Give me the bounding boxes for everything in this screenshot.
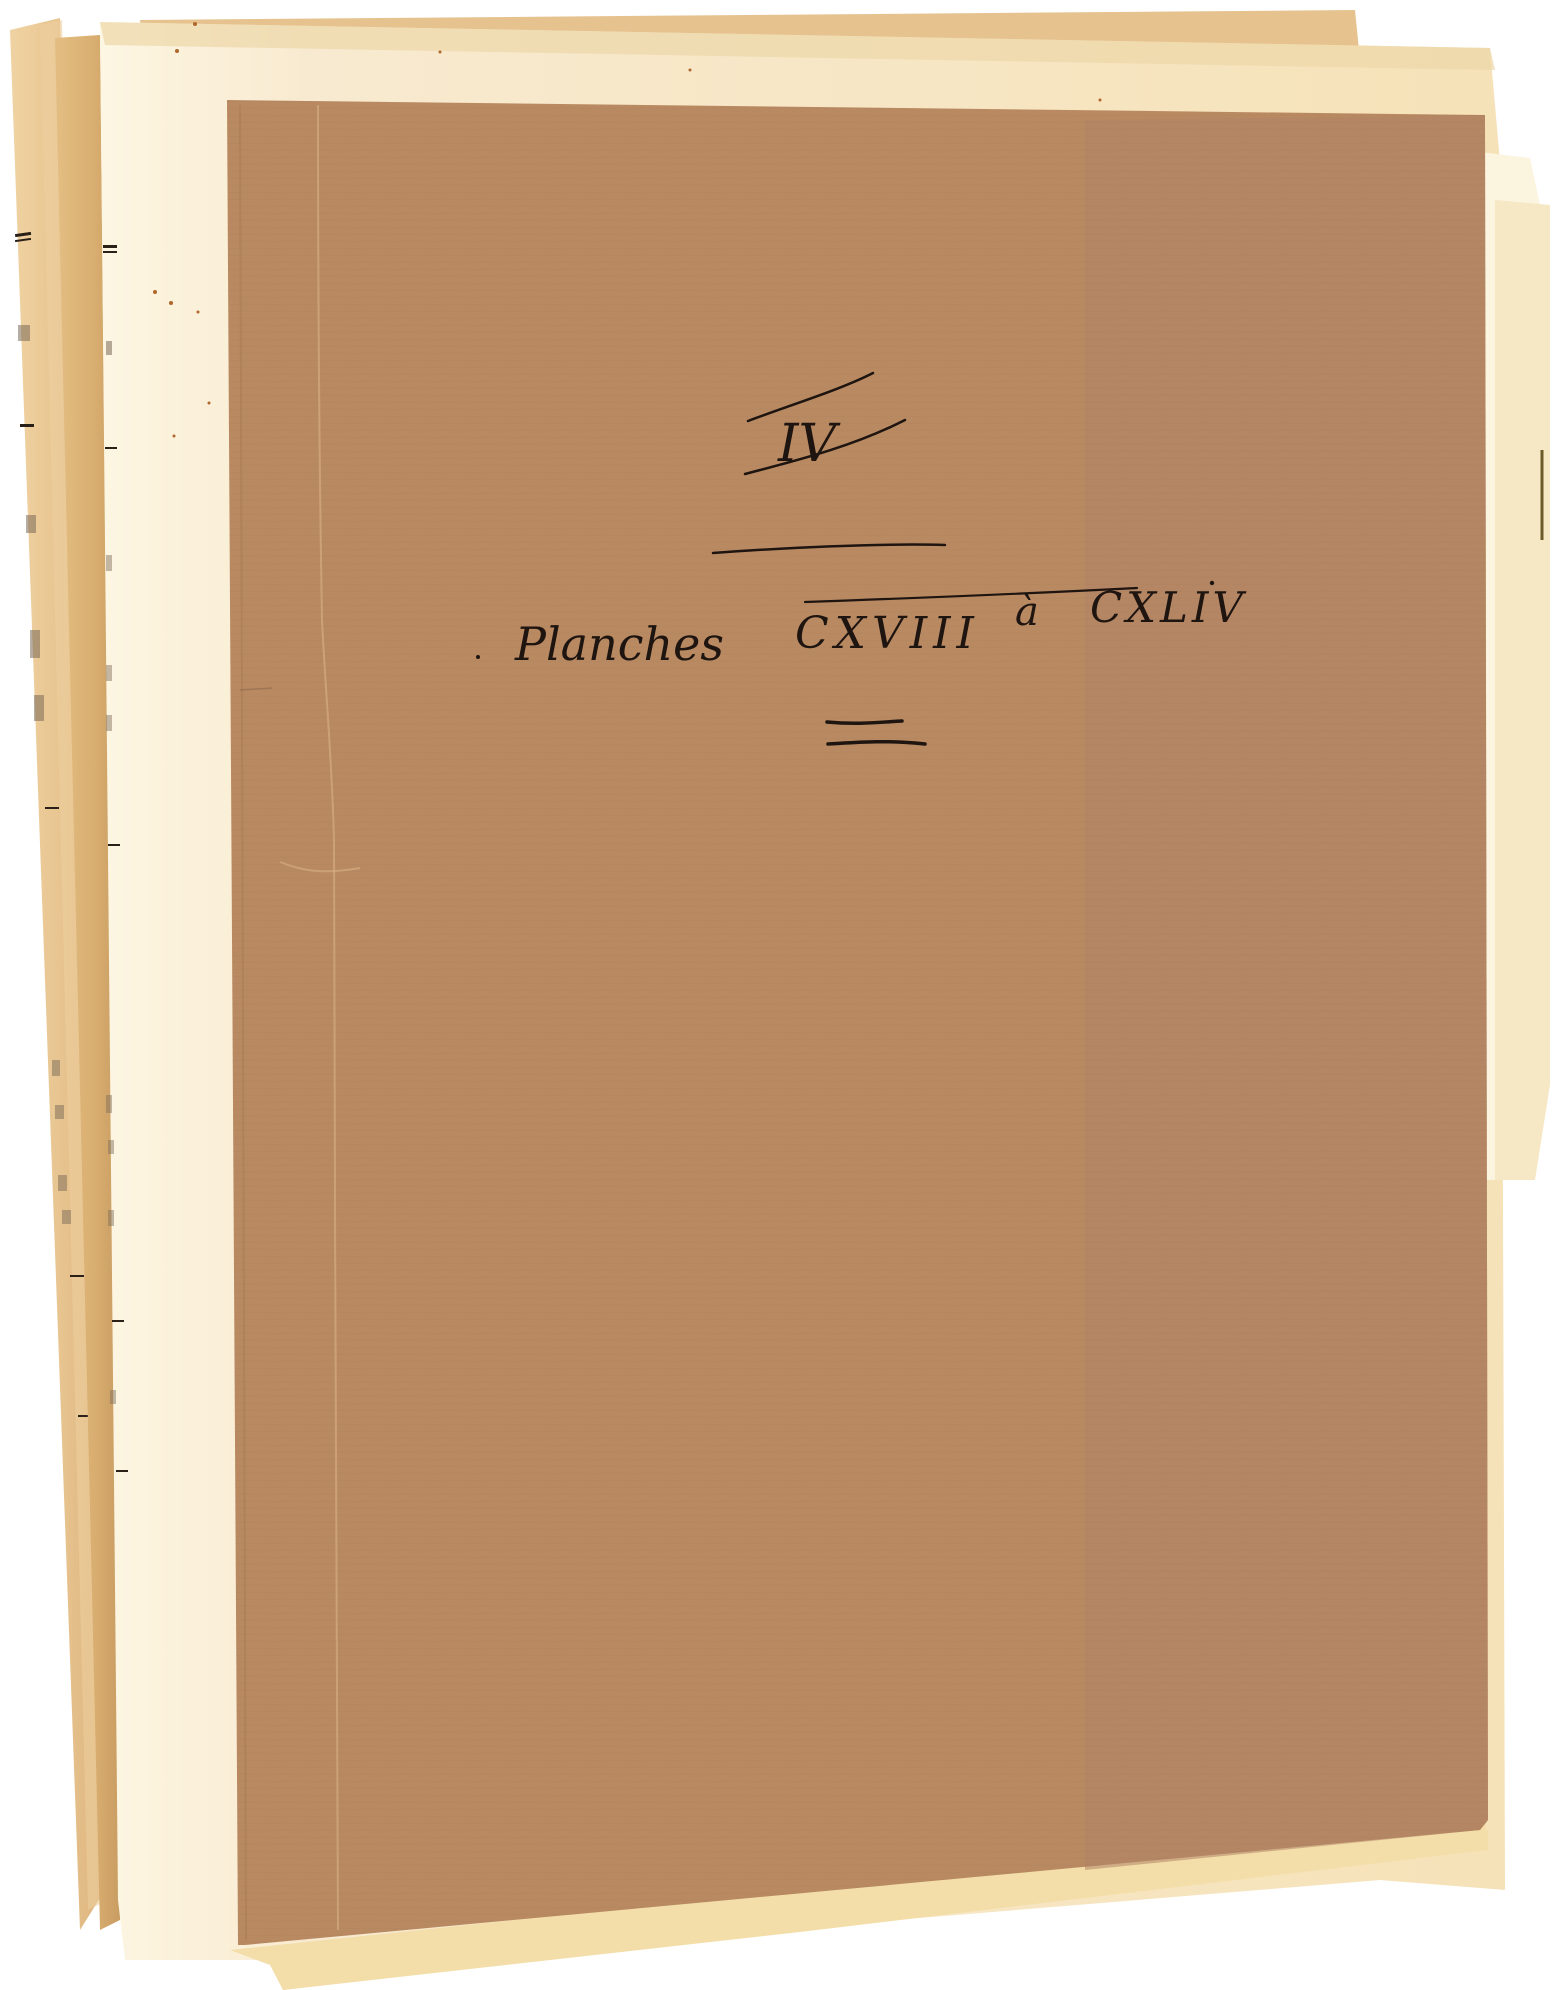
portfolio-stack-photo: IV Planches CXVIII à CXLIV [0, 0, 1554, 1990]
kraft-cover [227, 100, 1488, 1945]
cover-title-word: Planches [514, 617, 724, 671]
photo-stage: IV Planches CXVIII à CXLIV [0, 0, 1554, 1990]
range-joiner: à [1015, 589, 1039, 635]
volume-numeral: IV [777, 414, 841, 474]
range-end: CXLIV [1090, 583, 1247, 632]
range-start: CXVIII [795, 608, 980, 659]
inserted-sheets [1480, 152, 1550, 1180]
